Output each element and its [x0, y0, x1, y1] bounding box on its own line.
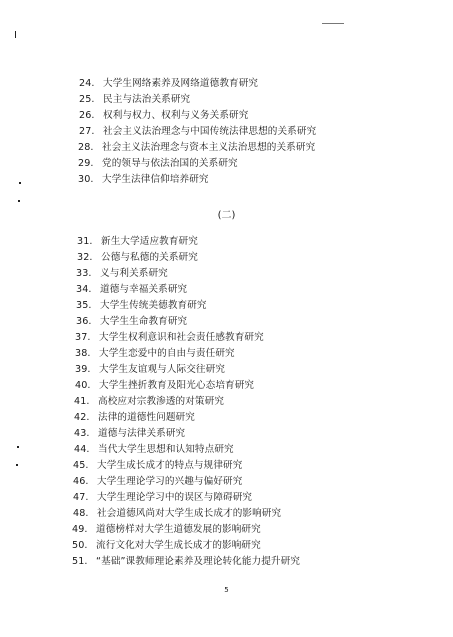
scan-mark-line — [322, 23, 344, 24]
item-number: 31. — [77, 236, 97, 248]
item-text: 党的领导与依法治国的关系研究 — [102, 158, 238, 169]
list-item: 36.大学生生命教育研究 — [76, 316, 187, 328]
item-text: 权利与权力、权利与义务关系研究 — [103, 110, 248, 121]
item-number: 33. — [76, 268, 96, 280]
item-text: 道德与幸福关系研究 — [100, 284, 187, 295]
list-item: 25.民主与法治关系研究 — [79, 94, 190, 106]
scan-speck — [18, 200, 20, 202]
list-item: 43.道德与法律关系研究 — [74, 428, 185, 440]
item-number: 32. — [77, 252, 97, 264]
list-item: 28.社会主义法治理念与资本主义法治思想的关系研究 — [78, 142, 315, 154]
item-number: 44. — [74, 444, 94, 456]
section-heading: (二) — [0, 206, 453, 221]
item-number: 45. — [73, 460, 93, 472]
list-item: 35.大学生传统美德教育研究 — [76, 300, 207, 312]
item-text: “基础”课教师理论素养及理论转化能力提升研究 — [96, 556, 300, 567]
list-item: 30.大学生法律信仰培养研究 — [78, 174, 209, 186]
item-number: 47. — [73, 492, 93, 504]
list-item: 37.大学生权利意识和社会责任感教育研究 — [75, 332, 264, 344]
item-number: 39. — [75, 364, 95, 376]
list-item: 27.社会主义法治理念与中国传统法律思想的关系研究 — [79, 126, 316, 138]
item-number: 46. — [73, 476, 93, 488]
item-text: 义与利关系研究 — [100, 268, 168, 279]
list-item: 33.义与利关系研究 — [76, 268, 168, 280]
list-item: 29.党的领导与依法治国的关系研究 — [78, 158, 238, 170]
item-number: 34. — [76, 284, 96, 296]
scan-speck — [15, 31, 16, 38]
list-item: 40.大学生挫折教育及阳光心态培育研究 — [75, 380, 254, 392]
list-item: 31.新生大学适应教育研究 — [77, 236, 198, 248]
item-number: 51. — [72, 556, 92, 568]
scan-speck — [16, 464, 18, 466]
list-item: 44.当代大学生思想和认知特点研究 — [74, 444, 234, 456]
item-text: 大学生权利意识和社会责任感教育研究 — [99, 332, 264, 343]
item-text: 大学生传统美德教育研究 — [100, 300, 207, 311]
item-number: 27. — [79, 126, 99, 138]
item-number: 38. — [75, 348, 95, 360]
list-item: 41.高校应对宗教渗透的对策研究 — [74, 396, 224, 408]
list-item: 42.法律的道德性问题研究 — [74, 412, 195, 424]
page-number: 5 — [0, 586, 453, 594]
item-number: 48. — [73, 508, 93, 520]
list-item: 51.“基础”课教师理论素养及理论转化能力提升研究 — [72, 556, 300, 568]
list-item: 46.大学生理论学习的兴趣与偏好研究 — [73, 476, 242, 488]
item-number: 24. — [79, 78, 99, 90]
item-text: 高校应对宗教渗透的对策研究 — [98, 396, 224, 407]
item-number: 40. — [75, 380, 95, 392]
item-number: 50. — [72, 540, 92, 552]
item-number: 28. — [78, 142, 98, 154]
item-text: 社会主义法治理念与中国传统法律思想的关系研究 — [103, 126, 316, 137]
scan-speck — [17, 446, 19, 448]
item-number: 25. — [79, 94, 99, 106]
item-text: 新生大学适应教育研究 — [101, 236, 198, 247]
list-item: 24.大学生网络素养及网络道德教育研究 — [79, 78, 258, 90]
item-text: 大学生挫折教育及阳光心态培育研究 — [99, 380, 254, 391]
item-text: 社会主义法治理念与资本主义法治思想的关系研究 — [102, 142, 315, 153]
list-item: 49.道德榜样对大学生道德发展的影响研究 — [72, 524, 261, 536]
item-text: 大学生理论学习的兴趣与偏好研究 — [97, 476, 242, 487]
item-number: 37. — [75, 332, 95, 344]
item-text: 大学生恋爱中的自由与责任研究 — [99, 348, 235, 359]
item-text: 流行文化对大学生成长成才的影响研究 — [96, 540, 261, 551]
item-text: 大学生法律信仰培养研究 — [102, 174, 209, 185]
item-number: 49. — [72, 524, 92, 536]
document-page: 24.大学生网络素养及网络道德教育研究25.民主与法治关系研究26.权利与权力、… — [0, 0, 453, 637]
item-number: 43. — [74, 428, 94, 440]
item-text: 当代大学生思想和认知特点研究 — [98, 444, 234, 455]
list-item: 34.道德与幸福关系研究 — [76, 284, 187, 296]
item-number: 26. — [79, 110, 99, 122]
list-item: 45.大学生成长成才的特点与规律研究 — [73, 460, 242, 472]
item-number: 36. — [76, 316, 96, 328]
item-number: 41. — [74, 396, 94, 408]
item-text: 大学生网络素养及网络道德教育研究 — [103, 78, 258, 89]
item-number: 35. — [76, 300, 96, 312]
item-text: 公德与私德的关系研究 — [101, 252, 198, 263]
list-item: 50.流行文化对大学生成长成才的影响研究 — [72, 540, 261, 552]
list-item: 26.权利与权力、权利与义务关系研究 — [79, 110, 248, 122]
item-text: 大学生理论学习中的误区与障碍研究 — [97, 492, 252, 503]
list-item: 32.公德与私德的关系研究 — [77, 252, 198, 264]
scan-speck — [19, 182, 21, 184]
item-text: 大学生成长成才的特点与规律研究 — [97, 460, 242, 471]
item-text: 道德榜样对大学生道德发展的影响研究 — [96, 524, 261, 535]
item-text: 大学生友谊观与人际交往研究 — [99, 364, 225, 375]
item-text: 道德与法律关系研究 — [98, 428, 185, 439]
list-item: 38.大学生恋爱中的自由与责任研究 — [75, 348, 235, 360]
list-item: 39.大学生友谊观与人际交往研究 — [75, 364, 225, 376]
item-text: 社会道德风尚对大学生成长成才的影响研究 — [97, 508, 281, 519]
item-number: 29. — [78, 158, 98, 170]
item-text: 民主与法治关系研究 — [103, 94, 190, 105]
item-text: 大学生生命教育研究 — [100, 316, 187, 327]
item-text: 法律的道德性问题研究 — [98, 412, 195, 423]
item-number: 30. — [78, 174, 98, 186]
item-number: 42. — [74, 412, 94, 424]
list-item: 47.大学生理论学习中的误区与障碍研究 — [73, 492, 252, 504]
list-item: 48.社会道德风尚对大学生成长成才的影响研究 — [73, 508, 281, 520]
